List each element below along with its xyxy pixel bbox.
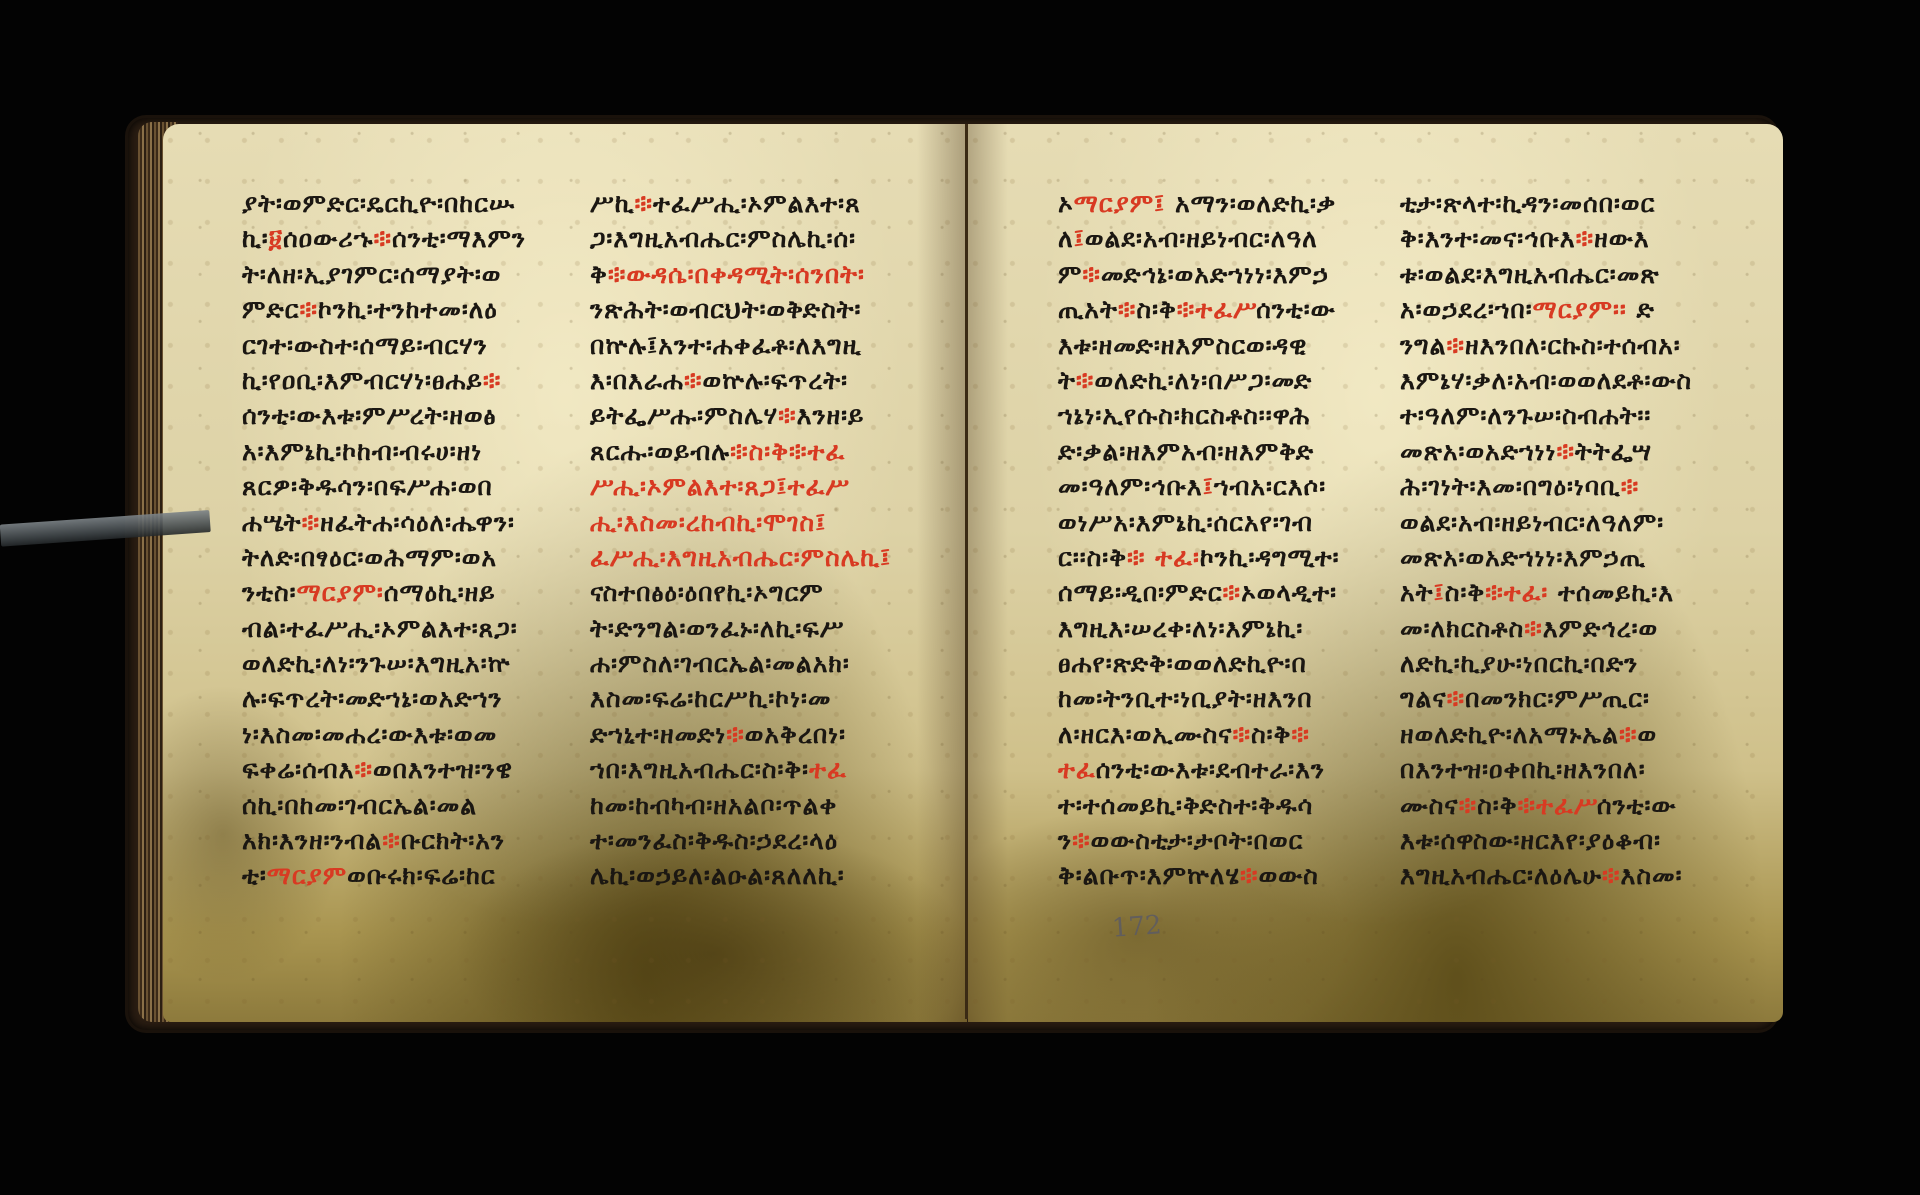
ink-text: እግዚእ፡ሠረቀ፡ለነ፡እምኔኪ፡ xyxy=(1058,614,1303,643)
rubric-text: ፨ xyxy=(382,826,401,855)
rubric-text: ፨ xyxy=(1446,331,1465,360)
rubric-text: ተፈ xyxy=(1058,755,1096,784)
ink-text: ሕ፡ገነት፡እመ፡በግዕ፡ነባቢ xyxy=(1400,472,1621,501)
manuscript-line: ድኀኒተ፡ዘመድነ፨ወአቅረበነ፡ xyxy=(590,717,891,752)
manuscript-line: ቅ፡ልቡጥ፡እምኵለሄ፨ወውስ xyxy=(1058,858,1340,893)
ink-text: ኪ፡ xyxy=(242,224,269,253)
ink-text: አት xyxy=(1400,578,1434,607)
ink-text: ዘእንበለ፡ርኩስ፡ተሰብአ፡ xyxy=(1465,331,1681,360)
ink-text: ጢአት xyxy=(1058,295,1118,324)
ink-text: ሐ፡ምስለ፡ገብርኤል፡መልአክ፡ xyxy=(590,649,850,678)
manuscript-line: መጽአ፡ወአድኀነነ፨ትትፌሣ xyxy=(1400,434,1692,469)
ink-text: አ፡ወኃደረ፡ኀበ፡ xyxy=(1400,295,1533,324)
rubric-text: ፨ውዳሴ፡በቀዳሚት፡ሰንበት፡ xyxy=(608,260,865,289)
ink-text: ሉ፡ፍጥረት፡መድኀኔ፡ወአድኀን xyxy=(242,684,502,713)
manuscript-line: መ፡ለክርስቶስ፨እምድኅረ፡ወ xyxy=(1400,611,1692,646)
ink-text: ወቡሩክ፡ፍሬ፡ከር xyxy=(347,861,495,890)
ink-text: ድ xyxy=(1627,295,1655,324)
ink-text: ኪ፡የዐቢ፡እምብርሃነ፡ፀሐይ xyxy=(242,366,483,395)
rubric-text: ፨ xyxy=(1076,366,1095,395)
rubric-text: ፨ተፈሥ xyxy=(1518,791,1597,820)
manuscript-line: ድ፡ቃል፡ዘእምአብ፡ዘእምቅድ xyxy=(1058,434,1340,469)
ink-text: ስ፡ቅ xyxy=(1445,578,1485,607)
ink-text: ወበእንተዝ፡ንዌ xyxy=(373,755,513,784)
rubric-text: ተፈ xyxy=(809,755,847,784)
ink-text: ኀኔነ፡ኢየሱስ፡ክርስቶስ፡፡ዋሕ xyxy=(1058,401,1311,430)
rubric-text: ሒ፡እስመ፡ረከብኪ፡ሞገስ፤ xyxy=(590,508,826,537)
manuscript-line: ፍቀሬ፡ሰብእ፨ወበእንተዝ፡ንዌ xyxy=(242,752,526,787)
ink-text: ጸርዎ፡ቅዱሳን፡በፍሥሐ፡ወበ xyxy=(242,472,493,501)
rubric-text: ፨ xyxy=(354,755,373,784)
ink-text: ይትፌሥሑ፡ምስሌሃ xyxy=(590,401,778,430)
manuscript-line: ብል፡ተፈሥሒ፡ኦምልእተ፡ጸጋ፡ xyxy=(242,611,526,646)
ink-text: ሰንቲ፡ው xyxy=(1256,295,1336,324)
rubric-text: ማርያም፤ xyxy=(1074,189,1166,218)
ink-text: እቱ፡ዘመድ፡ዘእምስርወ፡ዳዊ xyxy=(1058,331,1307,360)
ink-text: ቅ xyxy=(590,260,608,289)
ink-text: መ፡ለክርስቶስ xyxy=(1400,614,1524,643)
ink-text: ርገተ፡ውስተ፡ሰማይ፡ብርሃን xyxy=(242,331,488,360)
manuscript-line: ሐሤት፨ዘፈትሐ፡ሳዕለ፡ሔዋን፡ xyxy=(242,505,526,540)
ink-text: ተ፡ዓለም፡ለንጉሠ፡ስብሐት፡፡ xyxy=(1400,401,1651,430)
manuscript-line: ጸርሑ፡ወይብሉ፨ስ፡ቅ፨ተፈ xyxy=(590,434,891,469)
manuscript-line: ሰንቲ፡ውእቱ፡ምሥረት፡ዘወፅ xyxy=(242,398,526,433)
ink-text: ወልደ፡አብ፡ዘይነብር፡ለዓለም፡ xyxy=(1400,508,1664,537)
text-column-2: ሥኪ፨ተፈሥሒ፡ኦምልእተ፡ጸጋ፡እግዚአብሔር፡ምስሌኪ፡ሰ፡ቅ፨ውዳሴ፡በቀ… xyxy=(590,186,891,894)
ink-text: ተ፡መንፈስ፡ቅዱስ፡ኃደረ፡ላዕ xyxy=(590,826,838,855)
ink-text: ግልና xyxy=(1400,684,1447,713)
ink-text: እ፡በእራሐ xyxy=(590,366,684,395)
manuscript-line: አት፤ስ፡ቅ፨ተፈ፡ ተሰመይኪ፡እ xyxy=(1400,575,1692,610)
ink-text: ከመ፡ትንቢተ፡ነቢያት፡ዘእንበ xyxy=(1058,684,1313,713)
rubric-text: ፨ xyxy=(373,224,392,253)
ink-text: ወውስቲታ፡ታቦት፡በወር xyxy=(1091,826,1304,855)
ink-text: ተሰመይኪ፡እ xyxy=(1548,578,1674,607)
rubric-text: ፤ xyxy=(1203,472,1214,501)
text-column-4: ቲታ፡ጽላተ፡ኪዳን፡መሰበ፡ወርቅ፡እንተ፡መና፡ኅቡእ፨ዘውእቱ፡ወልደ፡እ… xyxy=(1400,186,1692,894)
manuscript-line: ጢአት፨ስ፡ቅ፨ተፈሥሰንቲ፡ው xyxy=(1058,292,1340,327)
manuscript-line: ናስተበፅዕ፡ዕበየኪ፡ኦግርም xyxy=(590,575,891,610)
manuscript-line: ከመ፡ትንቢተ፡ነቢያት፡ዘእንበ xyxy=(1058,681,1340,716)
ink-text: ትትፌሣ xyxy=(1575,437,1652,466)
ink-text: ን xyxy=(1058,826,1072,855)
manuscript-line: ያት፡ወምድር፡ዴርኪዮ፡በከርሡ xyxy=(242,186,526,221)
text-column-1: ያት፡ወምድር፡ዴርኪዮ፡በከርሡኪ፡፱ሰዐውሪኁ፨ሰንቲ፡ማእምንት፡ለዘ፡ኢ… xyxy=(242,186,526,894)
ink-text: ሰንቲ፡ማእምን xyxy=(392,224,526,253)
ink-text: ም xyxy=(1058,260,1082,289)
manuscript-line: ቲታ፡ጽላተ፡ኪዳን፡መሰበ፡ወር xyxy=(1400,186,1692,221)
ink-text: እግዚአብሔር፡ለዕሌሁ xyxy=(1400,861,1602,890)
rubric-text: ፨ xyxy=(1447,684,1466,713)
manuscript-line: ን፨ወውስቲታ፡ታቦት፡በወር xyxy=(1058,823,1340,858)
ink-text: ብል፡ተፈሥሒ፡ኦምልእተ፡ጸጋ፡ xyxy=(242,614,518,643)
ink-text: ቱ፡ወልደ፡እግዚአብሔር፡መጽ xyxy=(1400,260,1660,289)
rubric-text: ፨ xyxy=(1524,614,1543,643)
ink-text: ናስተበፅዕ፡ዕበየኪ፡ኦግርም xyxy=(590,578,824,607)
manuscript-line: ዘወለድኪዮ፡ለአማኑኤል፨ወ xyxy=(1400,717,1692,752)
manuscript-line: ለድኪ፡ኪያሁ፡ነበርኪ፡በድን xyxy=(1400,646,1692,681)
ink-text: እምድኅረ፡ወ xyxy=(1543,614,1658,643)
manuscript-line: ንጽሕት፡ወብርህት፡ወቅድስት፡ xyxy=(590,292,891,327)
ink-text: ት፡ለዘ፡ኢያገምር፡ሰማያት፡ወ xyxy=(242,260,501,289)
ink-text: ምድር xyxy=(242,295,299,324)
manuscript-line: ሙስና፨ስ፡ቅ፨ተፈሥሰንቲ፡ው xyxy=(1400,788,1692,823)
ink-text: ስ፡ቅ xyxy=(1251,720,1291,749)
manuscript-line: ግልና፨በመንክር፡ምሥጢር፡ xyxy=(1400,681,1692,716)
manuscript-line: ንግል፨ዘእንበለ፡ርኩስ፡ተሰብአ፡ xyxy=(1400,328,1692,363)
ink-text: ወልደ፡አብ፡ዘይነብር፡ለዓለ xyxy=(1085,224,1318,253)
ink-text: ስ፡ቅ xyxy=(1477,791,1517,820)
ink-text: እስመ፡ xyxy=(1621,861,1683,890)
ink-text: ንጽሕት፡ወብርህት፡ወቅድስት፡ xyxy=(590,295,861,324)
manuscript-line: ምድር፨ኮንኪ፡ተንከተመ፡ለዕ xyxy=(242,292,526,327)
ink-text: ተ፡ተሰመይኪ፡ቅድስተ፡ቅዱሳ xyxy=(1058,791,1313,820)
manuscript-line: ኦማርያም፤ አማን፡ወለድኪ፡ቃ xyxy=(1058,186,1340,221)
rubric-text: ፨ xyxy=(483,366,502,395)
ink-text: ሐሤት xyxy=(242,508,302,537)
ink-text: ሰዐውሪኁ xyxy=(283,224,374,253)
ink-text: ወ xyxy=(1638,720,1658,749)
ink-text: ተፈሥሒ፡ኦምልእተ፡ጸ xyxy=(653,189,861,218)
ink-text: መጽአ፡ወአድኀነነ፡እምኃጢ xyxy=(1400,543,1646,572)
manuscript-line: ለ፤ወልደ፡አብ፡ዘይነብር፡ለዓለ xyxy=(1058,221,1340,256)
ink-text: ወኵሉ፡ፍጥረት፡ xyxy=(703,366,848,395)
ink-text: ኮንኪ፡ዳግሚተ፡ xyxy=(1200,543,1340,572)
ink-text: ሙስና xyxy=(1400,791,1459,820)
ink-text: ንቲስ፡ xyxy=(242,578,297,607)
ink-text: መድኅኔ፡ወአድኀነነ፡እምኃ xyxy=(1101,260,1329,289)
manuscript-line: ር፡፡ስ፡ቅ፨ ተፈ፡ኮንኪ፡ዳግሚተ፡ xyxy=(1058,540,1340,575)
rubric-text: ፤ xyxy=(1074,224,1085,253)
manuscript-line: ይትፌሥሑ፡ምስሌሃ፨እንዘ፡ይ xyxy=(590,398,891,433)
manuscript-line: ትለድ፡በፃዕር፡ወሕማም፡ወአ xyxy=(242,540,526,575)
ink-text: ድ፡ቃል፡ዘእምአብ፡ዘእምቅድ xyxy=(1058,437,1314,466)
rubric-text: ፈሥሒ፡እግዚአብሔር፡ምስሌኪ፤ xyxy=(590,543,891,572)
manuscript-line: ወለድኪ፡ለነ፡ንጉሠ፡እግዚአ፡ኵ xyxy=(242,646,526,681)
manuscript-line: ቱ፡ወልደ፡እግዚአብሔር፡መጽ xyxy=(1400,257,1692,292)
manuscript-line: ተ፡ዓለም፡ለንጉሠ፡ስብሐት፡፡ xyxy=(1400,398,1692,433)
rubric-text: ፨ተፈሥ xyxy=(1177,295,1256,324)
rubric-text: ማርያም፡ xyxy=(297,578,384,607)
manuscript-line: ሌኪ፡ወኃይለ፡ልዑል፡ጸለለኪ፡ xyxy=(590,858,891,893)
rubric-text: ፨ xyxy=(1072,826,1091,855)
folio-number: 172 xyxy=(1111,910,1163,943)
rubric-text: ፨ xyxy=(634,189,653,218)
rubric-text: ፨ xyxy=(299,295,318,324)
rubric-text: ፤ xyxy=(1434,578,1445,607)
ink-text: ከመ፡ከብካብ፡ዘአልቦ፡ጥልቀ xyxy=(590,791,837,820)
ink-text: ለድኪ፡ኪያሁ፡ነበርኪ፡በድን xyxy=(1400,649,1638,678)
ink-text: ያት፡ወምድር፡ዴርኪዮ፡በከርሡ xyxy=(242,189,515,218)
ink-text: ዘውእ xyxy=(1594,224,1649,253)
manuscript-line: አ፡እምኔኪ፡ኮከብ፡ብሩሀ፡ዘነ xyxy=(242,434,526,469)
manuscript-line: ርገተ፡ውስተ፡ሰማይ፡ብርሃን xyxy=(242,328,526,363)
ink-text: ሰንቲ፡ውእቱ፡ምሥረት፡ዘወፅ xyxy=(242,401,497,430)
ink-text: በኵሉ፤አንተ፡ሐቀፈቶ፡ለእግዚ xyxy=(590,331,862,360)
text-column-3: ኦማርያም፤ አማን፡ወለድኪ፡ቃለ፤ወልደ፡አብ፡ዘይነብር፡ለዓለም፨መድኅ… xyxy=(1058,186,1340,894)
ink-text: ለ xyxy=(1058,224,1074,253)
ink-text: አክ፡እንዘ፡ንብል xyxy=(242,826,382,855)
ink-text: ሰማዕኪ፡ዘይ xyxy=(384,578,496,607)
ink-text: በእንተዝ፡ዐቀበኪ፡ዘእንበለ፡ xyxy=(1400,755,1646,784)
rubric-text: ፨ xyxy=(1082,260,1101,289)
manuscript-line: ሒ፡እስመ፡ረከብኪ፡ሞገስ፤ xyxy=(590,505,891,540)
manuscript-line: ንቲስ፡ማርያም፡ሰማዕኪ፡ዘይ xyxy=(242,575,526,610)
manuscript-line: ከመ፡ከብካብ፡ዘአልቦ፡ጥልቀ xyxy=(590,788,891,823)
rubric-text: ፨ xyxy=(1223,578,1242,607)
ink-text: ሰንቲ፡ውእቱ፡ደብተራ፡እን xyxy=(1096,755,1325,784)
manuscript-line: ተ፡ተሰመይኪ፡ቅድስተ፡ቅዱሳ xyxy=(1058,788,1340,823)
manuscript-line: እስመ፡ፍሬ፡ከርሥኪ፡ኮነ፡መ xyxy=(590,681,891,716)
rubric-text: ፱ xyxy=(269,224,283,253)
ink-text: ፀሐየ፡ጽድቅ፡ወወለድኪዮ፡በ xyxy=(1058,649,1307,678)
ink-text: ኦወላዲተ፡ xyxy=(1241,578,1337,607)
manuscript-line: ኪ፡፱ሰዐውሪኁ፨ሰንቲ፡ማእምን xyxy=(242,221,526,256)
ink-text: አ፡እምኔኪ፡ኮከብ፡ብሩሀ፡ዘነ xyxy=(242,437,482,466)
manuscript-line: ተፈሰንቲ፡ውእቱ፡ደብተራ፡እን xyxy=(1058,752,1340,787)
ink-text: ወለድኪ፡ለነ፡በሥጋ፡መድ xyxy=(1094,366,1312,395)
ink-text: ሰንቲ፡ው xyxy=(1597,791,1677,820)
ink-text: ስ፡ቅ xyxy=(1136,295,1176,324)
rubric-text: ፨ xyxy=(1232,720,1251,749)
manuscript-line: ሰኪ፡በከመ፡ገብርኤል፡መል xyxy=(242,788,526,823)
manuscript-line: መጽአ፡ወአድኀነነ፡እምኃጢ xyxy=(1400,540,1692,575)
rubric-text: ፨ xyxy=(1621,472,1640,501)
manuscript-line: ት፨ወለድኪ፡ለነ፡በሥጋ፡መድ xyxy=(1058,363,1340,398)
gutter-fold xyxy=(965,124,968,1019)
ink-text: እምኔሃ፡ቃለ፡አብ፡ወወለደቶ፡ውስ xyxy=(1400,366,1692,395)
ink-text: ኀብአ፡ርእሶ፡ xyxy=(1214,472,1326,501)
rubric-text: ፨ተፈ፡ xyxy=(1485,578,1548,607)
rubric-text: ፨ xyxy=(302,508,321,537)
rubric-text: ፨ xyxy=(684,366,703,395)
manuscript-line: ሉ፡ፍጥረት፡መድኀኔ፡ወአድኀን xyxy=(242,681,526,716)
rubric-text: ፨ xyxy=(1291,720,1310,749)
manuscript-line: ሰማይ፡ዲበ፡ምድር፨ኦወላዲተ፡ xyxy=(1058,575,1340,610)
ink-text: መ፡ዓለም፡ኅቡእ xyxy=(1058,472,1203,501)
manuscript-line: እግዚእ፡ሠረቀ፡ለነ፡እምኔኪ፡ xyxy=(1058,611,1340,646)
ink-text: ሌኪ፡ወኃይለ፡ልዑል፡ጸለለኪ፡ xyxy=(590,861,845,890)
manuscript-line: ሕ፡ገነት፡እመ፡በግዕ፡ነባቢ፨ xyxy=(1400,469,1692,504)
ink-text: ፍቀሬ፡ሰብእ xyxy=(242,755,354,784)
ink-text: ጸርሑ፡ወይብሉ xyxy=(590,437,730,466)
manuscript-line: ኪ፡የዐቢ፡እምብርሃነ፡ፀሐይ፨ xyxy=(242,363,526,398)
ink-text: ኀበ፡እግዚአብሔር፡ስ፡ቅ፡ xyxy=(590,755,809,784)
ink-text: ወለድኪ፡ለነ፡ንጉሠ፡እግዚአ፡ኵ xyxy=(242,649,510,678)
ink-text: ት፡ድንግል፡ወንፈኑ፡ለኪ፡ፍሥ xyxy=(590,614,844,643)
ink-text: በመንክር፡ምሥጢር፡ xyxy=(1465,684,1650,713)
ink-text: ወነሥአ፡እምኔኪ፡ሰርአየ፡ገብ xyxy=(1058,508,1313,537)
manuscript-line: ም፨መድኅኔ፡ወአድኀነነ፡እምኃ xyxy=(1058,257,1340,292)
manuscript-line: ፈሥሒ፡እግዚአብሔር፡ምስሌኪ፤ xyxy=(590,540,891,575)
manuscript-line: እቱ፡ዘመድ፡ዘእምስርወ፡ዳዊ xyxy=(1058,328,1340,363)
manuscript-line: ወልደ፡አብ፡ዘይነብር፡ለዓለም፡ xyxy=(1400,505,1692,540)
ink-text: አማን፡ወለድኪ፡ቃ xyxy=(1165,189,1336,218)
ink-text: ቅ፡እንተ፡መና፡ኅቡእ xyxy=(1400,224,1576,253)
rubric-text: ፨ xyxy=(778,401,797,430)
manuscript-line: ሥሒ፡ኦምልእተ፡ጸጋ፤ተፈሥ xyxy=(590,469,891,504)
manuscript-line: መ፡ዓለም፡ኅቡእ፤ኀብአ፡ርእሶ፡ xyxy=(1058,469,1340,504)
rubric-text: ፨ ተፈ፡ xyxy=(1127,543,1200,572)
manuscript-line: ፀሐየ፡ጽድቅ፡ወወለድኪዮ፡በ xyxy=(1058,646,1340,681)
ink-text: መጽአ፡ወአድኀነነ xyxy=(1400,437,1556,466)
rubric-text: ፨ xyxy=(1556,437,1575,466)
manuscript-line: ነ፡እስመ፡መሐረ፡ውእቱ፡ወመ xyxy=(242,717,526,752)
rubric-text: ፨ xyxy=(1576,224,1595,253)
ink-text: እቱ፡ሰዋስው፡ዘርእየ፡ያዕቆብ፡ xyxy=(1400,826,1661,855)
ink-text: ድኀኒተ፡ዘመድነ xyxy=(590,720,726,749)
rubric-text: ማርያም xyxy=(267,861,347,890)
ink-text: ትለድ፡በፃዕር፡ወሕማም፡ወአ xyxy=(242,543,497,572)
manuscript-line: ቲ፡ማርያምወቡሩክ፡ፍሬ፡ከር xyxy=(242,858,526,893)
manuscript-line: ጋ፡እግዚአብሔር፡ምስሌኪ፡ሰ፡ xyxy=(590,221,891,256)
manuscript-line: ት፡ድንግል፡ወንፈኑ፡ለኪ፡ፍሥ xyxy=(590,611,891,646)
ink-text: ጋ፡እግዚአብሔር፡ምስሌኪ፡ሰ፡ xyxy=(590,224,856,253)
gutter-shadow xyxy=(917,124,967,1022)
rubric-text: ፨ xyxy=(1459,791,1478,820)
manuscript-line: አ፡ወኃደረ፡ኀበ፡ማርያም፡፡ ድ xyxy=(1400,292,1692,327)
manuscript-line: ኀበ፡እግዚአብሔር፡ስ፡ቅ፡ተፈ xyxy=(590,752,891,787)
manuscript-line: እቱ፡ሰዋስው፡ዘርእየ፡ያዕቆብ፡ xyxy=(1400,823,1692,858)
manuscript-line: ት፡ለዘ፡ኢያገምር፡ሰማያት፡ወ xyxy=(242,257,526,292)
ink-text: ሥኪ xyxy=(590,189,634,218)
ink-text: ር፡፡ስ፡ቅ xyxy=(1058,543,1127,572)
rubric-text: ፨ስ፡ቅ፨ተፈ xyxy=(730,437,845,466)
manuscript-line: ለ፡ዘርእ፡ወኢሙስና፨ስ፡ቅ፨ xyxy=(1058,717,1340,752)
rubric-text: ማርያም፡፡ xyxy=(1533,295,1627,324)
rubric-text: ፨ xyxy=(1602,861,1621,890)
manuscript-line: ኀኔነ፡ኢየሱስ፡ክርስቶስ፡፡ዋሕ xyxy=(1058,398,1340,433)
manuscript-line: አክ፡እንዘ፡ንብል፨ቡርክት፡አን xyxy=(242,823,526,858)
manuscript-line: ቅ፨ውዳሴ፡በቀዳሚት፡ሰንበት፡ xyxy=(590,257,891,292)
manuscript-line: ቅ፡እንተ፡መና፡ኅቡእ፨ዘውእ xyxy=(1400,221,1692,256)
ink-text: ኦ xyxy=(1058,189,1074,218)
manuscript-line: እ፡በእራሐ፨ወኵሉ፡ፍጥረት፡ xyxy=(590,363,891,398)
manuscript-line: ተ፡መንፈስ፡ቅዱስ፡ኃደረ፡ላዕ xyxy=(590,823,891,858)
ink-text: ቲታ፡ጽላተ፡ኪዳን፡መሰበ፡ወር xyxy=(1400,189,1655,218)
manuscript-line: ጸርዎ፡ቅዱሳን፡በፍሥሐ፡ወበ xyxy=(242,469,526,504)
ink-text: ንግል xyxy=(1400,331,1446,360)
manuscript-line: በእንተዝ፡ዐቀበኪ፡ዘእንበለ፡ xyxy=(1400,752,1692,787)
ink-text: ወውስ xyxy=(1259,861,1319,890)
ink-text: ዘወለድኪዮ፡ለአማኑኤል xyxy=(1400,720,1619,749)
ink-text: ወአቅረበነ፡ xyxy=(745,720,846,749)
ink-text: ቅ፡ልቡጥ፡እምኵለሄ xyxy=(1058,861,1240,890)
ink-text: እንዘ፡ይ xyxy=(797,401,865,430)
rubric-text: ፨ xyxy=(1240,861,1259,890)
ink-text: ቲ፡ xyxy=(242,861,267,890)
manuscript-line: እምኔሃ፡ቃለ፡አብ፡ወወለደቶ፡ውስ xyxy=(1400,363,1692,398)
ink-text: ቡርክት፡አን xyxy=(401,826,505,855)
ink-text: ሰኪ፡በከመ፡ገብርኤል፡መል xyxy=(242,791,477,820)
ink-text: ሰማይ፡ዲበ፡ምድር xyxy=(1058,578,1223,607)
rubric-text: ፨ xyxy=(1619,720,1638,749)
rubric-text: ሥሒ፡ኦምልእተ፡ጸጋ፤ተፈሥ xyxy=(590,472,850,501)
ink-text: ዘፈትሐ፡ሳዕለ፡ሔዋን፡ xyxy=(320,508,515,537)
manuscript-line: ወነሥአ፡እምኔኪ፡ሰርአየ፡ገብ xyxy=(1058,505,1340,540)
ink-text: ነ፡እስመ፡መሐረ፡ውእቱ፡ወመ xyxy=(242,720,497,749)
rubric-text: ፨ xyxy=(726,720,745,749)
manuscript-line: ሐ፡ምስለ፡ገብርኤል፡መልአክ፡ xyxy=(590,646,891,681)
manuscript-line: በኵሉ፤አንተ፡ሐቀፈቶ፡ለእግዚ xyxy=(590,328,891,363)
ink-text: ኮንኪ፡ተንከተመ፡ለዕ xyxy=(318,295,498,324)
ink-text: ት xyxy=(1058,366,1076,395)
ink-text: ለ፡ዘርእ፡ወኢሙስና xyxy=(1058,720,1232,749)
gutter-shadow xyxy=(968,124,1008,1022)
manuscript-line: ሥኪ፨ተፈሥሒ፡ኦምልእተ፡ጸ xyxy=(590,186,891,221)
ink-text: እስመ፡ፍሬ፡ከርሥኪ፡ኮነ፡መ xyxy=(590,684,832,713)
rubric-text: ፨ xyxy=(1118,295,1137,324)
manuscript-line: እግዚአብሔር፡ለዕሌሁ፨እስመ፡ xyxy=(1400,858,1692,893)
